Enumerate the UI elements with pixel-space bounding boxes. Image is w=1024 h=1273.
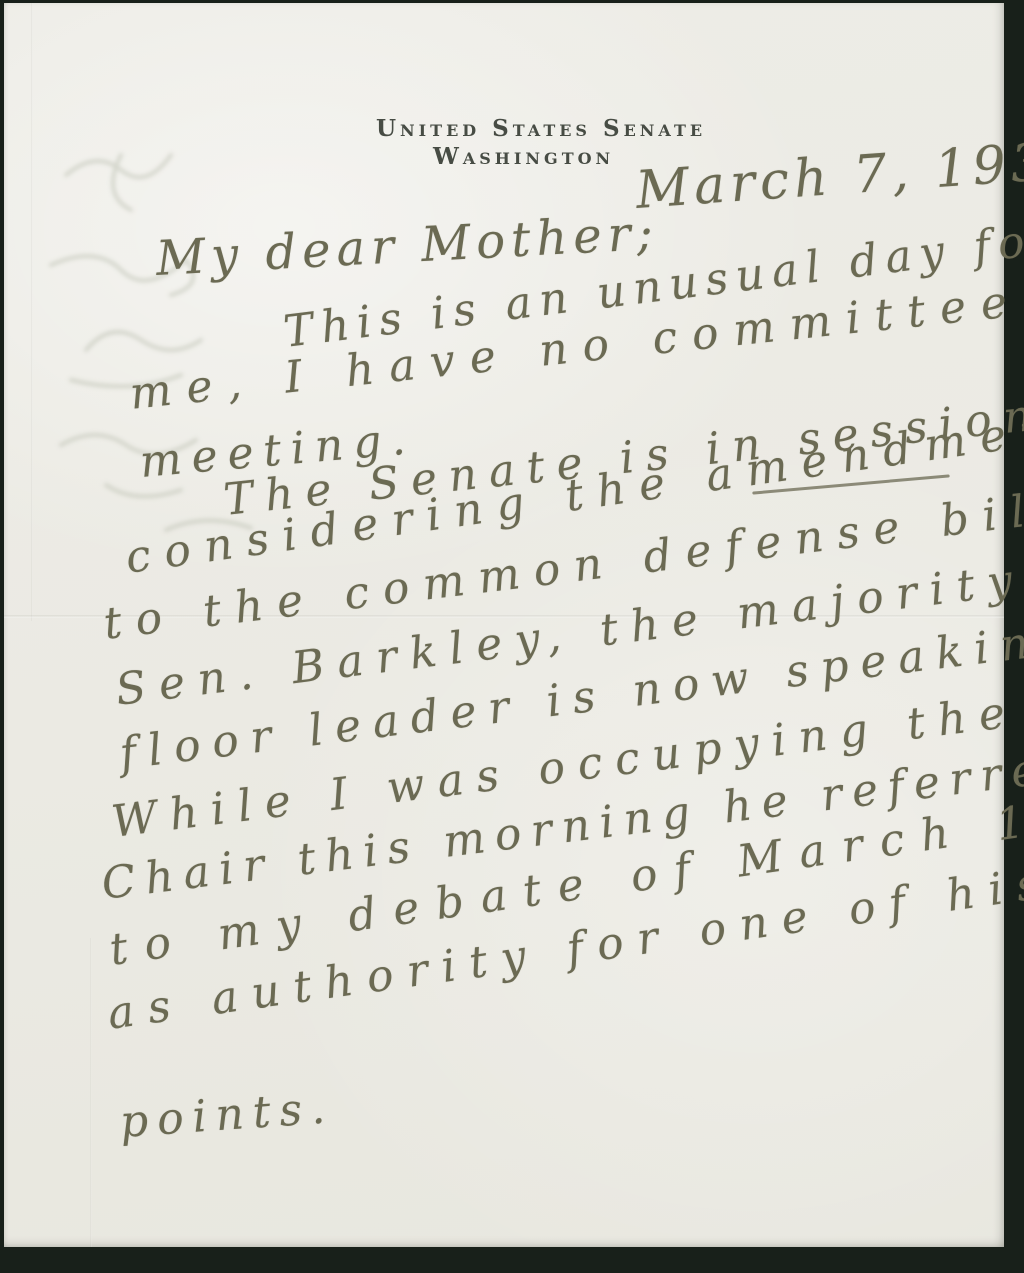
fold-crease-vertical-bottom — [90, 938, 92, 1247]
scan-background: United States Senate Washington March 7,… — [0, 0, 1024, 1273]
letterhead-line1: United States Senate — [376, 115, 706, 142]
letter-paper: United States Senate Washington March 7,… — [4, 3, 1004, 1247]
handwritten-line: points. — [118, 1082, 335, 1148]
fold-crease-vertical-top — [31, 3, 33, 621]
letterhead-line2: Washington — [433, 143, 614, 170]
